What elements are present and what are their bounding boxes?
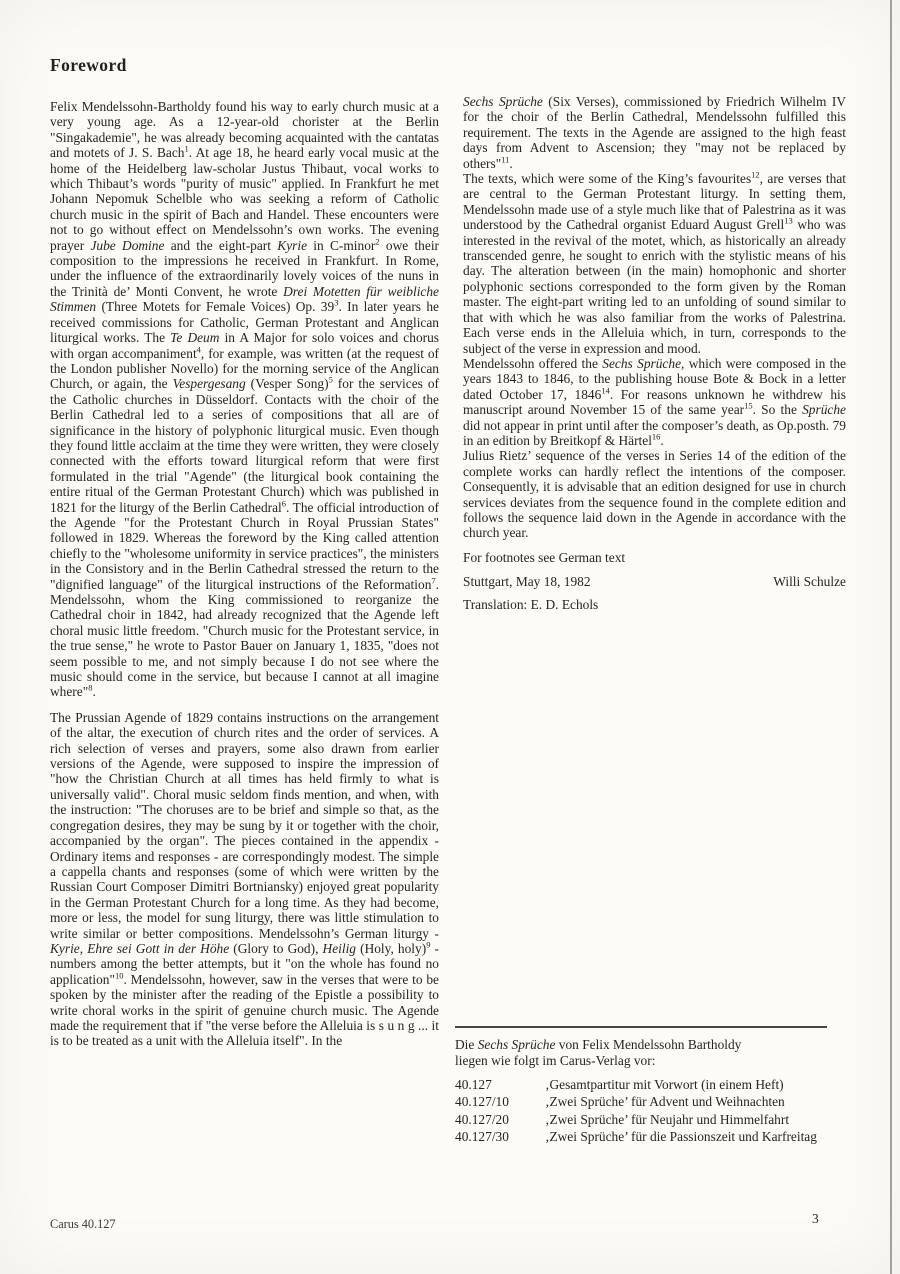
catalog-intro: liegen wie folgt im Carus-Verlag vor: bbox=[455, 1053, 857, 1070]
page-number: 3 bbox=[812, 1211, 819, 1227]
catalog-item-title: ‚Gesamtpartitur mit Vorwort (in einem He… bbox=[545, 1076, 817, 1094]
footnote-note: For footnotes see German text bbox=[463, 550, 846, 565]
catalog-item-row: 40.127/20 ‚Zwei Sprüche’ für Neujahr und… bbox=[455, 1111, 817, 1129]
catalog-divider bbox=[455, 1026, 827, 1028]
left-column: Felix Mendelssohn-Bartholdy found his wa… bbox=[50, 99, 439, 1049]
signature-row: Stuttgart, May 18, 1982 Willi Schulze bbox=[463, 574, 846, 589]
catalog-item-code: 40.127/20 bbox=[455, 1111, 545, 1129]
page-title: Foreword bbox=[50, 55, 127, 76]
paragraph: Mendelssohn offered the Sechs Sprüche, w… bbox=[463, 356, 846, 448]
right-column: Sechs Sprüche (Six Verses), commissioned… bbox=[463, 94, 846, 612]
catalog-item-title: ‚Zwei Sprüche’ für Advent und Weihnachte… bbox=[545, 1093, 817, 1111]
catalog-heading: Die Sechs Sprüche von Felix Mendelssohn … bbox=[455, 1037, 857, 1054]
footer-publisher: Carus 40.127 bbox=[50, 1217, 116, 1232]
paragraph: The texts, which were some of the King’s… bbox=[463, 171, 846, 356]
scan-edge-line bbox=[890, 0, 892, 1274]
catalog-item-title: ‚Zwei Sprüche’ für die Passionszeit und … bbox=[545, 1128, 817, 1146]
document-page: Foreword Felix Mendelssohn-Bartholdy fou… bbox=[0, 0, 900, 1274]
paragraph: Sechs Sprüche (Six Verses), commissioned… bbox=[463, 94, 846, 171]
paragraph: The Prussian Agende of 1829 contains ins… bbox=[50, 710, 439, 1049]
catalog-item-code: 40.127/10 bbox=[455, 1093, 545, 1111]
catalog-list: 40.127 ‚Gesamtpartitur mit Vorwort (in e… bbox=[455, 1076, 817, 1146]
translation-credit: Translation: E. D. Echols bbox=[463, 597, 846, 612]
catalog-item-row: 40.127/30 ‚Zwei Sprüche’ für die Passion… bbox=[455, 1128, 817, 1146]
catalog-block: Die Sechs Sprüche von Felix Mendelssohn … bbox=[455, 1026, 857, 1146]
catalog-item-row: 40.127 ‚Gesamtpartitur mit Vorwort (in e… bbox=[455, 1076, 817, 1094]
catalog-item-row: 40.127/10 ‚Zwei Sprüche’ für Advent und … bbox=[455, 1093, 817, 1111]
catalog-item-code: 40.127 bbox=[455, 1076, 545, 1094]
signature-place-date: Stuttgart, May 18, 1982 bbox=[463, 574, 591, 589]
paragraph: Felix Mendelssohn-Bartholdy found his wa… bbox=[50, 99, 439, 700]
signature-author: Willi Schulze bbox=[773, 574, 846, 589]
paragraph: Julius Rietz’ sequence of the verses in … bbox=[463, 448, 846, 540]
catalog-item-code: 40.127/30 bbox=[455, 1128, 545, 1146]
catalog-item-title: ‚Zwei Sprüche’ für Neujahr und Himmelfah… bbox=[545, 1111, 817, 1129]
